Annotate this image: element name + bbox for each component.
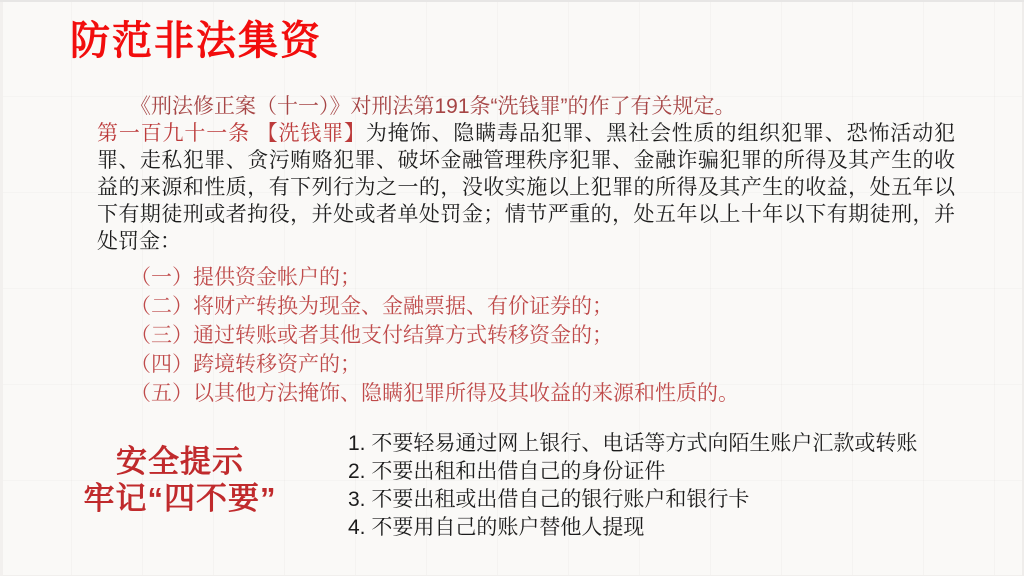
safety-tip-1: 1. 不要轻易通过网上银行、电话等方式向陌生账户汇款或转账 — [348, 430, 917, 458]
safety-section: 安全提示 牢记“四不要” 1. 不要轻易通过网上银行、电话等方式向陌生账户汇款或… — [0, 430, 1024, 542]
clause-item-2: （二）将财产转换为现金、金融票据、有价证券的； — [130, 292, 955, 321]
clause-item-4: （四）跨境转移资产的； — [130, 350, 955, 379]
safety-tip-2: 2. 不要出租和出借自己的身份证件 — [348, 458, 917, 486]
safety-heading-line2: 牢记“四不要” — [40, 480, 320, 517]
clause-list: （一）提供资金帐户的； （二）将财产转换为现金、金融票据、有价证券的； （三）通… — [97, 263, 955, 408]
slide-title: 防范非法集资 — [70, 18, 1024, 65]
safety-heading: 安全提示 牢记“四不要” — [40, 430, 320, 517]
clause-item-3: （三）通过转账或者其他支付结算方式转移资金的； — [130, 321, 955, 350]
safety-tips-list: 1. 不要轻易通过网上银行、电话等方式向陌生账户汇款或转账 2. 不要出租和出借… — [348, 430, 917, 542]
clause-item-1: （一）提供资金帐户的； — [130, 263, 955, 292]
clause-item-5: （五）以其他方法掩饰、隐瞒犯罪所得及其收益的来源和性质的。 — [130, 379, 955, 408]
law-text-block: 《刑法修正案（十一）》对刑法第191条“洗钱罪”的作了有关规定。 第一百九十一条… — [97, 93, 955, 408]
article-lead-text: 第一百九十一条 【洗钱罪】 — [97, 122, 366, 145]
law-intro-line: 《刑法修正案（十一）》对刑法第191条“洗钱罪”的作了有关规定。 — [97, 93, 955, 120]
safety-tip-3: 3. 不要出租或出借自己的银行账户和银行卡 — [348, 486, 917, 514]
law-article-paragraph: 第一百九十一条 【洗钱罪】为掩饰、隐瞒毒品犯罪、黑社会性质的组织犯罪、恐怖活动犯… — [97, 120, 955, 255]
safety-tip-4: 4. 不要用自己的账户替他人提现 — [348, 514, 917, 542]
safety-heading-line1: 安全提示 — [40, 443, 320, 480]
slide-canvas: 防范非法集资 《刑法修正案（十一）》对刑法第191条“洗钱罪”的作了有关规定。 … — [0, 0, 1024, 576]
